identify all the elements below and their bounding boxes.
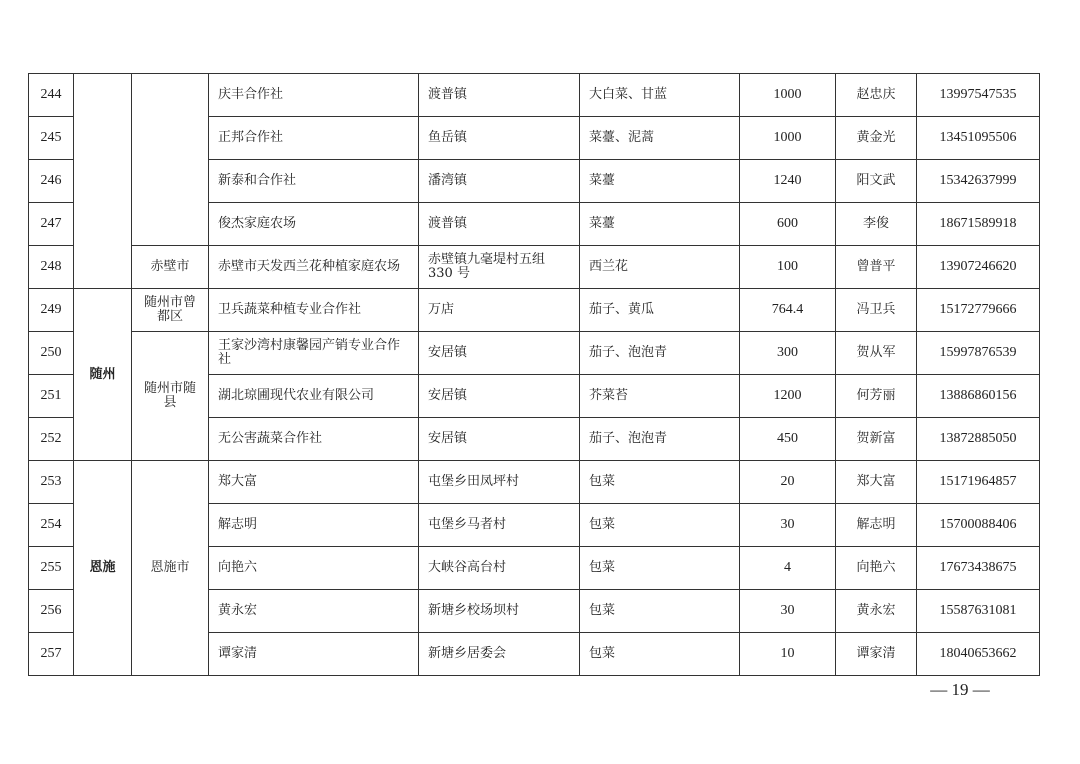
table-row: 250 随州市随县 王家沙湾村康馨园产销专业合作社 安居镇 茄子、泡泡青 300…: [29, 332, 1040, 375]
location-cell: 安居镇: [419, 375, 580, 418]
table-row: 253 恩施 恩施市 郑大富 屯堡乡田凤坪村 包菜 20 郑大富 1517196…: [29, 461, 1040, 504]
phone-cell: 13872885050: [917, 418, 1040, 461]
crop-cell: 包菜: [580, 547, 740, 590]
entity-cell: 郑大富: [209, 461, 419, 504]
contact-cell: 何芳丽: [836, 375, 917, 418]
contact-cell: 阳文武: [836, 160, 917, 203]
crop-cell: 茄子、黄瓜: [580, 289, 740, 332]
phone-cell: 15171964857: [917, 461, 1040, 504]
phone-cell: 17673438675: [917, 547, 1040, 590]
phone-cell: 13451095506: [917, 117, 1040, 160]
crop-cell: 芥菜苔: [580, 375, 740, 418]
quantity-cell: 1000: [740, 74, 836, 117]
crop-cell: 包菜: [580, 461, 740, 504]
entity-cell: 正邦合作社: [209, 117, 419, 160]
quantity-cell: 300: [740, 332, 836, 375]
location-cell: 安居镇: [419, 418, 580, 461]
row-number: 244: [29, 74, 74, 117]
crop-cell: 菜薹: [580, 160, 740, 203]
phone-cell: 15700088406: [917, 504, 1040, 547]
phone-cell: 15342637999: [917, 160, 1040, 203]
contact-cell: 赵忠庆: [836, 74, 917, 117]
row-number: 252: [29, 418, 74, 461]
row-number: 251: [29, 375, 74, 418]
page-number: — 19 —: [920, 680, 1000, 700]
row-number: 245: [29, 117, 74, 160]
quantity-cell: 600: [740, 203, 836, 246]
quantity-cell: 1240: [740, 160, 836, 203]
entity-cell: 无公害蔬菜合作社: [209, 418, 419, 461]
location-cell: 赤壁镇九毫堤村五组 330 号: [419, 246, 580, 289]
entity-cell: 湖北琼圃现代农业有限公司: [209, 375, 419, 418]
quantity-cell: 30: [740, 590, 836, 633]
contact-cell: 贺新富: [836, 418, 917, 461]
location-cell: 潘湾镇: [419, 160, 580, 203]
row-number: 255: [29, 547, 74, 590]
crop-cell: 茄子、泡泡青: [580, 332, 740, 375]
row-number: 250: [29, 332, 74, 375]
crop-cell: 菜薹、泥蒿: [580, 117, 740, 160]
row-number: 253: [29, 461, 74, 504]
contact-cell: 黄金光: [836, 117, 917, 160]
district-cell: [132, 74, 209, 246]
table-row: 249 随州 随州市曾都区 卫兵蔬菜种植专业合作社 万店 茄子、黄瓜 764.4…: [29, 289, 1040, 332]
crop-cell: 大白菜、甘蓝: [580, 74, 740, 117]
entity-cell: 新泰和合作社: [209, 160, 419, 203]
city-cell: 恩施: [74, 461, 132, 676]
location-cell: 鱼岳镇: [419, 117, 580, 160]
entity-cell: 谭家清: [209, 633, 419, 676]
quantity-cell: 20: [740, 461, 836, 504]
city-cell: 随州: [74, 289, 132, 461]
city-cell: [74, 74, 132, 289]
phone-cell: 15172779666: [917, 289, 1040, 332]
row-number: 254: [29, 504, 74, 547]
row-number: 257: [29, 633, 74, 676]
district-cell: 赤壁市: [132, 246, 209, 289]
entity-cell: 黄永宏: [209, 590, 419, 633]
contact-cell: 曾普平: [836, 246, 917, 289]
phone-cell: 15587631081: [917, 590, 1040, 633]
quantity-cell: 30: [740, 504, 836, 547]
contact-cell: 李俊: [836, 203, 917, 246]
phone-cell: 18040653662: [917, 633, 1040, 676]
table-row: 244 庆丰合作社 渡普镇 大白菜、甘蓝 1000 赵忠庆 1399754753…: [29, 74, 1040, 117]
entity-cell: 俊杰家庭农场: [209, 203, 419, 246]
quantity-cell: 1000: [740, 117, 836, 160]
district-cell: 随州市曾都区: [132, 289, 209, 332]
crop-cell: 包菜: [580, 590, 740, 633]
contact-cell: 黄永宏: [836, 590, 917, 633]
entity-cell: 王家沙湾村康馨园产销专业合作社: [209, 332, 419, 375]
row-number: 247: [29, 203, 74, 246]
location-cell: 新塘乡校场坝村: [419, 590, 580, 633]
entity-cell: 向艳六: [209, 547, 419, 590]
location-cell: 大峡谷高台村: [419, 547, 580, 590]
contact-cell: 向艳六: [836, 547, 917, 590]
row-number: 249: [29, 289, 74, 332]
district-cell: 恩施市: [132, 461, 209, 676]
location-cell: 安居镇: [419, 332, 580, 375]
table-row: 248 赤壁市 赤壁市天发西兰花种植家庭农场 赤壁镇九毫堤村五组 330 号 西…: [29, 246, 1040, 289]
contact-cell: 郑大富: [836, 461, 917, 504]
location-cell: 万店: [419, 289, 580, 332]
quantity-cell: 764.4: [740, 289, 836, 332]
phone-cell: 15997876539: [917, 332, 1040, 375]
entity-cell: 解志明: [209, 504, 419, 547]
entity-cell: 庆丰合作社: [209, 74, 419, 117]
row-number: 248: [29, 246, 74, 289]
phone-cell: 13886860156: [917, 375, 1040, 418]
phone-cell: 13997547535: [917, 74, 1040, 117]
phone-cell: 13907246620: [917, 246, 1040, 289]
entity-cell: 卫兵蔬菜种植专业合作社: [209, 289, 419, 332]
crop-cell: 菜薹: [580, 203, 740, 246]
contact-cell: 谭家清: [836, 633, 917, 676]
quantity-cell: 100: [740, 246, 836, 289]
crop-cell: 包菜: [580, 504, 740, 547]
location-cell: 渡普镇: [419, 74, 580, 117]
location-cell: 屯堡乡田凤坪村: [419, 461, 580, 504]
crop-cell: 西兰花: [580, 246, 740, 289]
crop-cell: 茄子、泡泡青: [580, 418, 740, 461]
contact-cell: 冯卫兵: [836, 289, 917, 332]
quantity-cell: 10: [740, 633, 836, 676]
district-cell: 随州市随县: [132, 332, 209, 461]
entity-cell: 赤壁市天发西兰花种植家庭农场: [209, 246, 419, 289]
location-cell: 渡普镇: [419, 203, 580, 246]
quantity-cell: 1200: [740, 375, 836, 418]
supplier-table: 244 庆丰合作社 渡普镇 大白菜、甘蓝 1000 赵忠庆 1399754753…: [28, 73, 1040, 676]
row-number: 256: [29, 590, 74, 633]
contact-cell: 解志明: [836, 504, 917, 547]
phone-cell: 18671589918: [917, 203, 1040, 246]
location-cell: 新塘乡居委会: [419, 633, 580, 676]
row-number: 246: [29, 160, 74, 203]
crop-cell: 包菜: [580, 633, 740, 676]
contact-cell: 贺从军: [836, 332, 917, 375]
location-cell: 屯堡乡马者村: [419, 504, 580, 547]
quantity-cell: 450: [740, 418, 836, 461]
quantity-cell: 4: [740, 547, 836, 590]
